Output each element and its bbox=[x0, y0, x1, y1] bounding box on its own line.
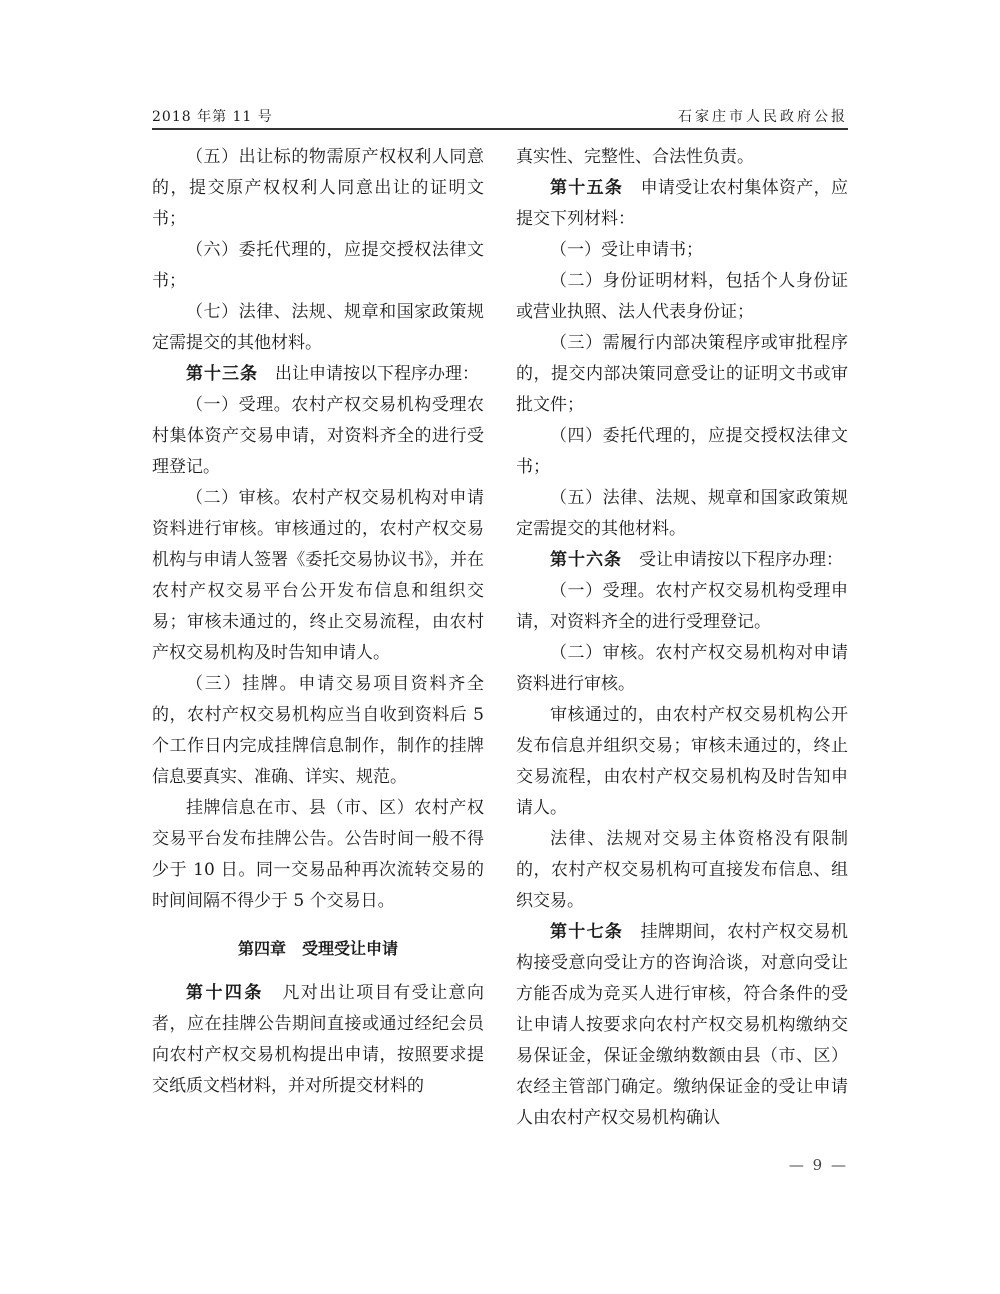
header-divider bbox=[152, 128, 848, 130]
article-paragraph: 第十四条 凡对出让项目有受让意向者，应在挂牌公告期间直接或通过经纪会员向农村产权… bbox=[152, 978, 484, 1102]
article-paragraph: 第十三条 出让申请按以下程序办理： bbox=[152, 359, 484, 390]
paragraph: （三）需履行内部决策程序或审批程序的，提交内部决策同意受让的证明文书或审批文件； bbox=[516, 328, 848, 421]
paragraph: （二）审核。农村产权交易机构对申请资料进行审核。审核通过的，农村产权交易机构与申… bbox=[152, 483, 484, 669]
article-number: 第十六条 bbox=[550, 550, 622, 570]
paragraph: （六）委托代理的，应提交授权法律文书； bbox=[152, 235, 484, 297]
issue-label: 2018 年第 11 号 bbox=[152, 106, 273, 126]
paragraph: （五）法律、法规、规章和国家政策规定需提交的其他材料。 bbox=[516, 483, 848, 545]
paragraph: 法律、法规对交易主体资格没有限制的，农村产权交易机构可直接发布信息、组织交易。 bbox=[516, 824, 848, 917]
paragraph: （五）出让标的物需原产权权利人同意的，提交原产权权利人同意出让的证明文书； bbox=[152, 142, 484, 235]
paragraph: （二）身份证明材料，包括个人身份证或营业执照、法人代表身份证； bbox=[516, 266, 848, 328]
article-number: 第十三条 bbox=[186, 364, 258, 384]
article-number: 第十七条 bbox=[550, 922, 623, 942]
paragraph: 审核通过的，由农村产权交易机构公开发布信息并组织交易；审核未通过的，终止交易流程… bbox=[516, 700, 848, 824]
paragraph: （一）受理。农村产权交易机构受理农村集体资产交易申请，对资料齐全的进行受理登记。 bbox=[152, 390, 484, 483]
paragraph-continuation: 真实性、完整性、合法性负责。 bbox=[516, 142, 848, 173]
left-column: （五）出让标的物需原产权权利人同意的，提交原产权权利人同意出让的证明文书； （六… bbox=[152, 142, 484, 1102]
paragraph: （四）委托代理的，应提交授权法律文书； bbox=[516, 421, 848, 483]
article-number: 第十四条 bbox=[186, 983, 264, 1003]
paragraph: （一）受理。农村产权交易机构受理申请，对资料齐全的进行受理登记。 bbox=[516, 576, 848, 638]
article-text: 受让申请按以下程序办理： bbox=[639, 550, 843, 570]
publication-title: 石家庄市人民政府公报 bbox=[678, 106, 848, 126]
paragraph: （三）挂牌。申请交易项目资料齐全的，农村产权交易机构应当自收到资料后 5 个工作… bbox=[152, 669, 484, 793]
article-text: 挂牌期间，农村产权交易机构接受意向受让方的咨询洽谈，对意向受让方能否成为竞买人进… bbox=[516, 922, 848, 1128]
paragraph: （一）受让申请书； bbox=[516, 235, 848, 266]
paragraph: 挂牌信息在市、县（市、区）农村产权交易平台发布挂牌公告。公告时间一般不得少于 1… bbox=[152, 793, 484, 917]
article-text: 出让申请按以下程序办理： bbox=[275, 364, 479, 384]
page-number: — 9 — bbox=[760, 1156, 848, 1174]
right-column: 真实性、完整性、合法性负责。 第十五条 申请受让农村集体资产，应提交下列材料： … bbox=[516, 142, 848, 1134]
article-paragraph: 第十五条 申请受让农村集体资产，应提交下列材料： bbox=[516, 173, 848, 235]
article-paragraph: 第十六条 受让申请按以下程序办理： bbox=[516, 545, 848, 576]
paragraph: （七）法律、法规、规章和国家政策规定需提交的其他材料。 bbox=[152, 297, 484, 359]
chapter-heading: 第四章 受理受让申请 bbox=[152, 933, 484, 964]
paragraph: （二）审核。农村产权交易机构对申请资料进行审核。 bbox=[516, 638, 848, 700]
article-number: 第十五条 bbox=[550, 178, 623, 198]
article-paragraph: 第十七条 挂牌期间，农村产权交易机构接受意向受让方的咨询洽谈，对意向受让方能否成… bbox=[516, 917, 848, 1134]
page-header: 2018 年第 11 号 石家庄市人民政府公报 bbox=[152, 104, 848, 128]
